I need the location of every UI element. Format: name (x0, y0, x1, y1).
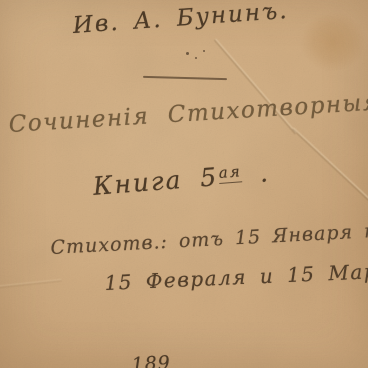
date-range-line-1: Стихотв.: отъ 15 Января по (50, 219, 368, 259)
ink-speck (203, 50, 205, 52)
paper-crease-left (0, 279, 62, 289)
paper-crease-lower (292, 127, 368, 203)
author-underline (143, 76, 227, 80)
ink-speck (195, 57, 197, 59)
book-number-superscript: ая (218, 162, 242, 184)
year-partial: 189 (131, 352, 171, 368)
date-range-line-2: 15 Февраля и 15 Марта (104, 258, 368, 295)
ink-speck (186, 52, 189, 55)
manuscript-page: Ив. А. Бунинъ. Сочиненія Стихотворныя. К… (0, 0, 368, 368)
author-line: Ив. А. Бунинъ. (72, 0, 289, 39)
title-line: Сочиненія Стихотворныя. (8, 89, 368, 138)
book-number-period: . (241, 158, 271, 189)
book-number-prefix: Книга 5 (92, 162, 219, 201)
paper-stain (300, 12, 366, 72)
book-number-line: Книга 5ая . (92, 158, 271, 201)
